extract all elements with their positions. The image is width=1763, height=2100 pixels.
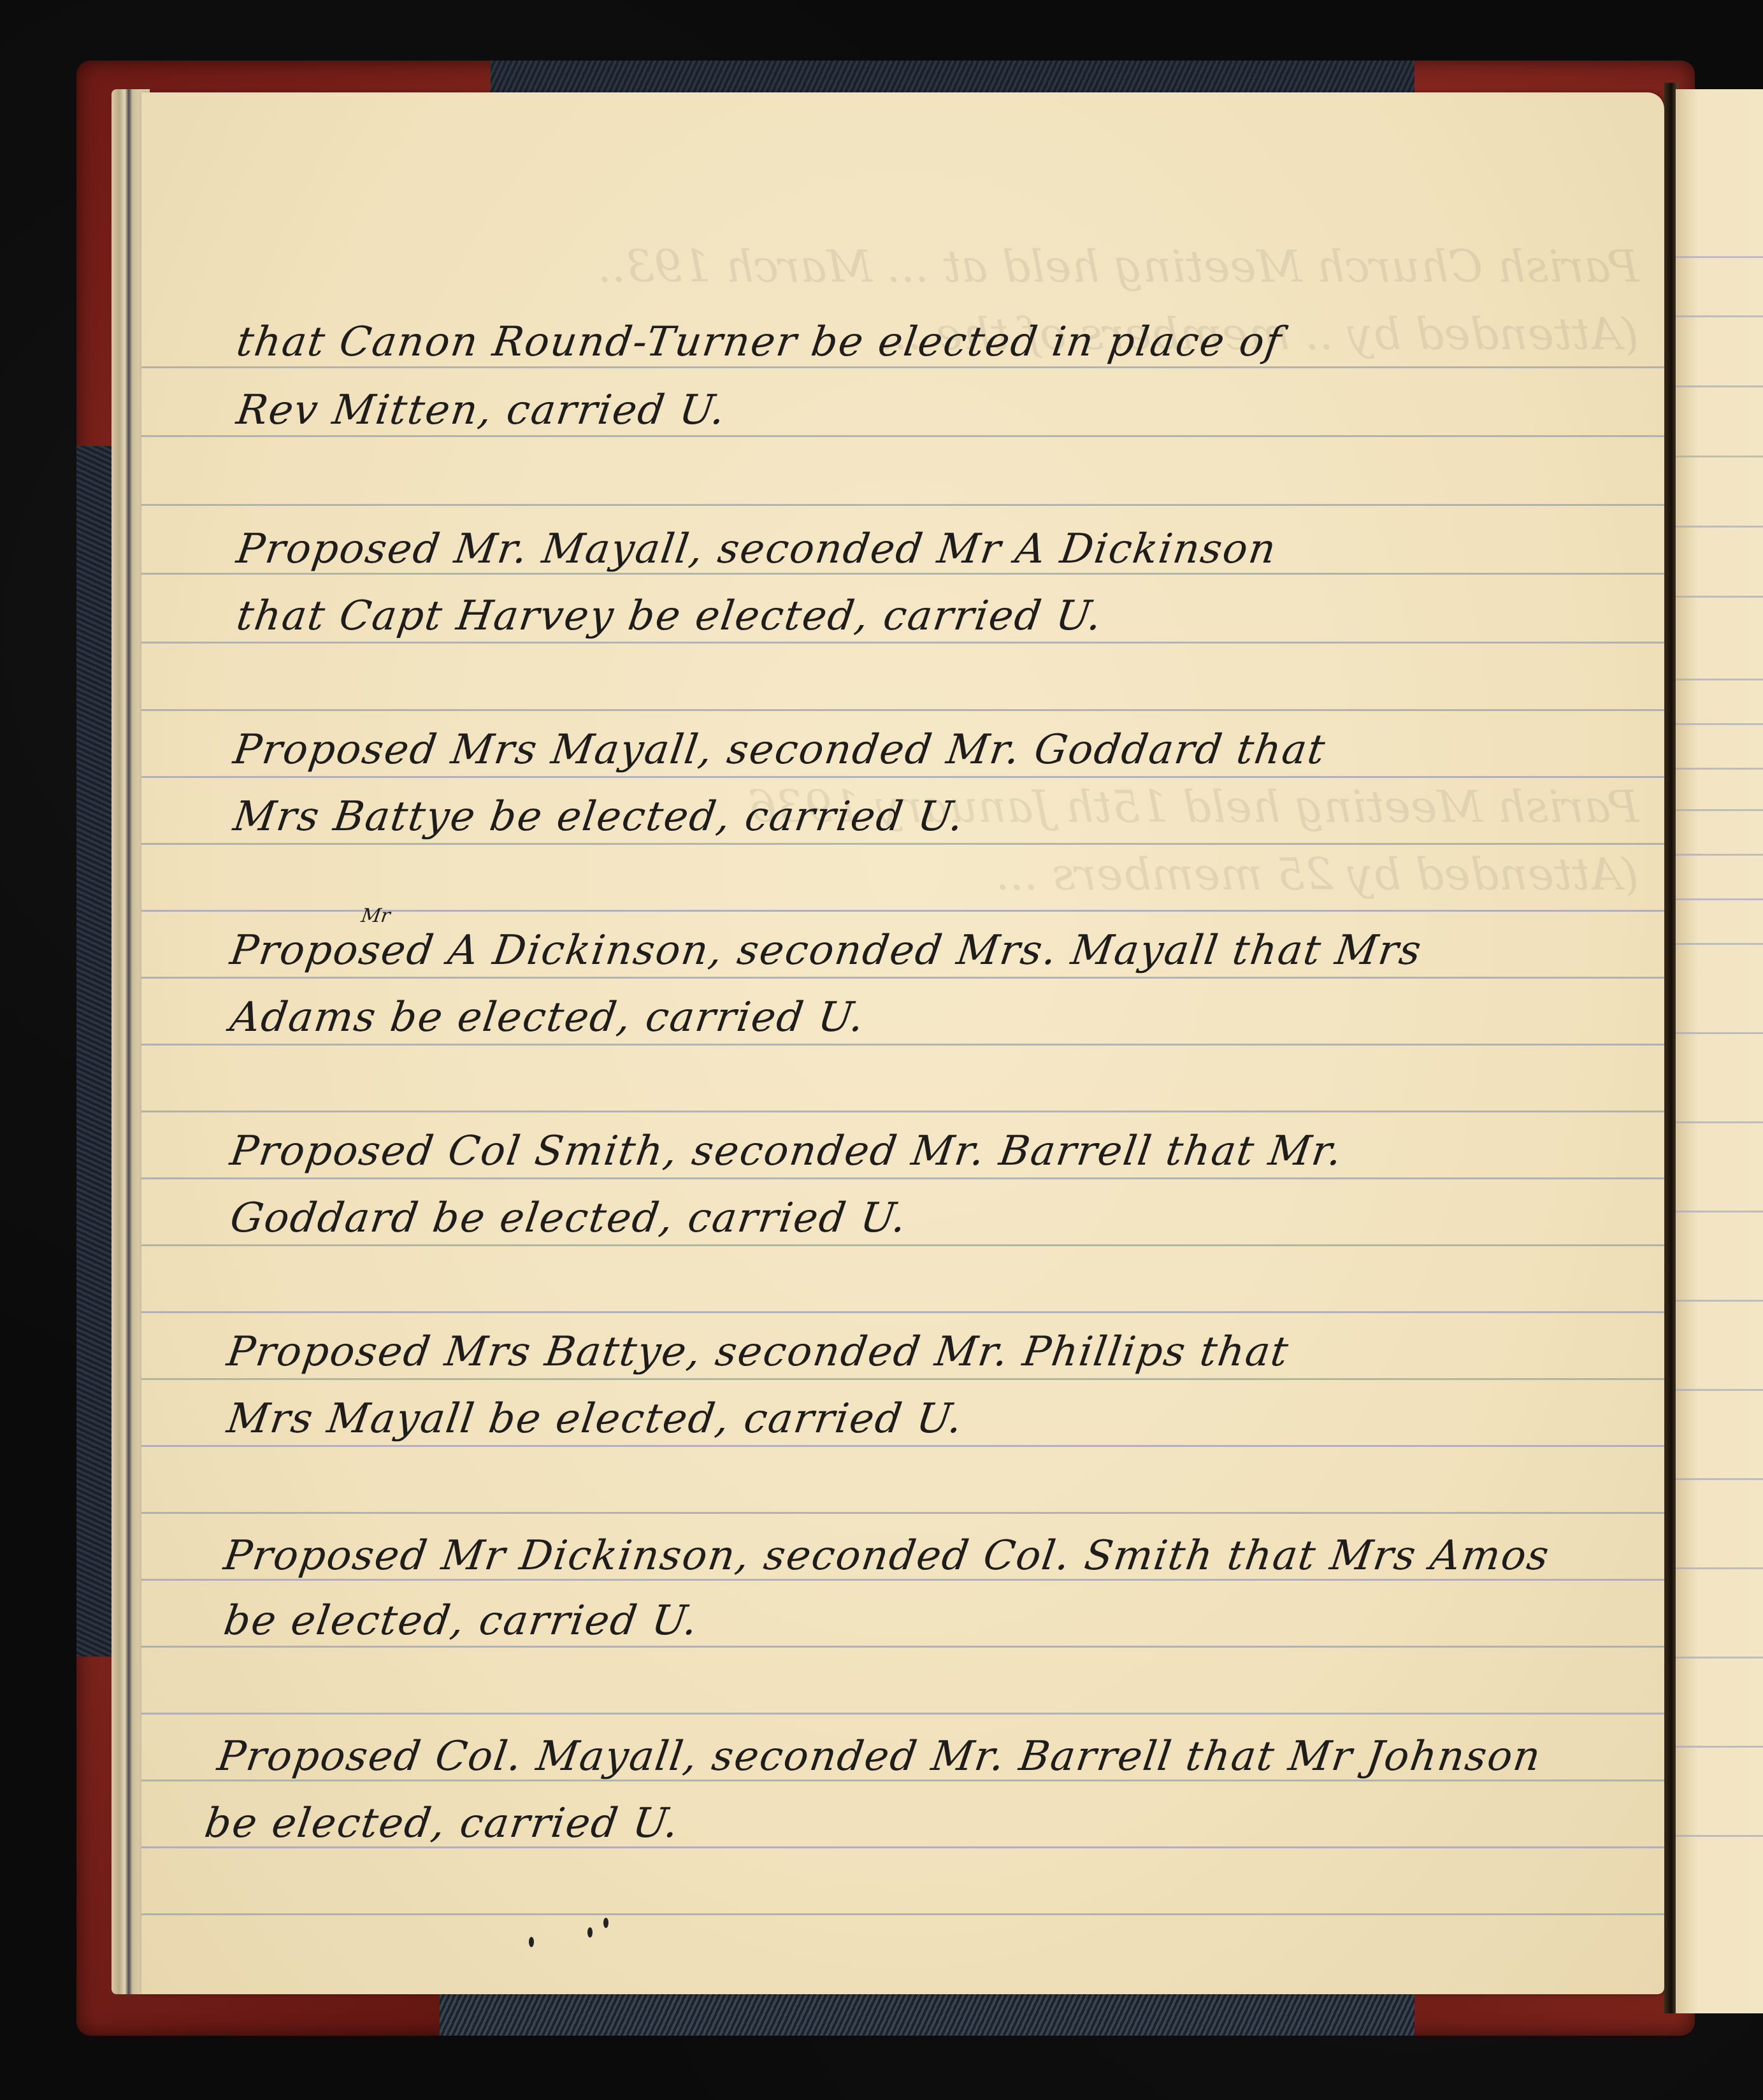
ruling-line xyxy=(1676,679,1763,680)
ruling-line xyxy=(1676,1300,1763,1302)
ruling-line xyxy=(1676,1567,1763,1569)
entry-line: Adams be elected, carried U. xyxy=(227,994,868,1041)
ruling-line xyxy=(1676,1746,1763,1748)
entry-line: Mrs Battye be elected, carried U. xyxy=(231,793,967,840)
entry-line: that Canon Round-Turner be elected in pl… xyxy=(234,319,1285,366)
ruling-line xyxy=(1676,1121,1763,1123)
ruling-line xyxy=(1676,385,1763,387)
entry-line: Rev Mitten, carried U. xyxy=(234,387,729,434)
ruling-line xyxy=(1676,1389,1763,1391)
entry-line: Proposed A Dickinson, seconded Mrs. Maya… xyxy=(227,927,1425,974)
entry-line: Goddard be elected, carried U. xyxy=(227,1195,910,1242)
ink-spot xyxy=(603,1918,608,1928)
facing-page-edge xyxy=(1676,89,1763,2013)
book-cover-cloth-left xyxy=(76,446,115,1657)
entry-line: be elected, carried U. xyxy=(202,1800,682,1847)
ruling-line xyxy=(1676,898,1763,900)
ruling-line xyxy=(1676,1835,1763,1837)
ruling-line xyxy=(1676,256,1763,258)
ruling-line xyxy=(1676,943,1763,945)
ruling-line xyxy=(1676,1478,1763,1480)
entry-line: Proposed Col Smith, seconded Mr. Barrell… xyxy=(227,1128,1346,1175)
superscript-insertion: Mr xyxy=(360,905,392,927)
ruling-line xyxy=(1676,1032,1763,1034)
entry-line: be elected, carried U. xyxy=(221,1597,702,1644)
ruling-line xyxy=(1676,456,1763,457)
book-cover-cloth-bottom xyxy=(440,1994,1414,2036)
ruling-line xyxy=(1676,723,1763,725)
ruling-line xyxy=(1676,526,1763,528)
entry-line: Proposed Col. Mayall, seconded Mr. Barre… xyxy=(215,1733,1544,1780)
ruling-line xyxy=(1676,1211,1763,1212)
ruling-line xyxy=(1676,1657,1763,1658)
entry-line: Proposed Mr Dickinson, seconded Col. Smi… xyxy=(221,1532,1553,1579)
entry-line: Mrs Mayall be elected, carried U. xyxy=(224,1395,967,1442)
notebook-page: Parish Church Meeting held at ... March … xyxy=(141,92,1664,1994)
minutes-entries: that Canon Round-Turner be elected in pl… xyxy=(141,92,1664,1994)
ink-spot xyxy=(587,1927,593,1938)
ruling-line xyxy=(1676,315,1763,317)
entry-line: Proposed Mr. Mayall, seconded Mr A Dicki… xyxy=(234,526,1280,573)
ruling-line xyxy=(1676,854,1763,856)
entry-line: Proposed Mrs Mayall, seconded Mr. Goddar… xyxy=(231,726,1329,773)
ruling-line xyxy=(1676,596,1763,598)
ruling-line xyxy=(1676,768,1763,770)
ink-spot xyxy=(529,1937,534,1947)
entry-text: Proposed A Dickinson, seconded Mrs. Maya… xyxy=(227,927,1425,974)
entry-line: that Capt Harvey be elected, carried U. xyxy=(234,593,1106,640)
ruling-line xyxy=(1676,809,1763,811)
entry-line: Proposed Mrs Battye, seconded Mr. Philli… xyxy=(224,1328,1292,1376)
